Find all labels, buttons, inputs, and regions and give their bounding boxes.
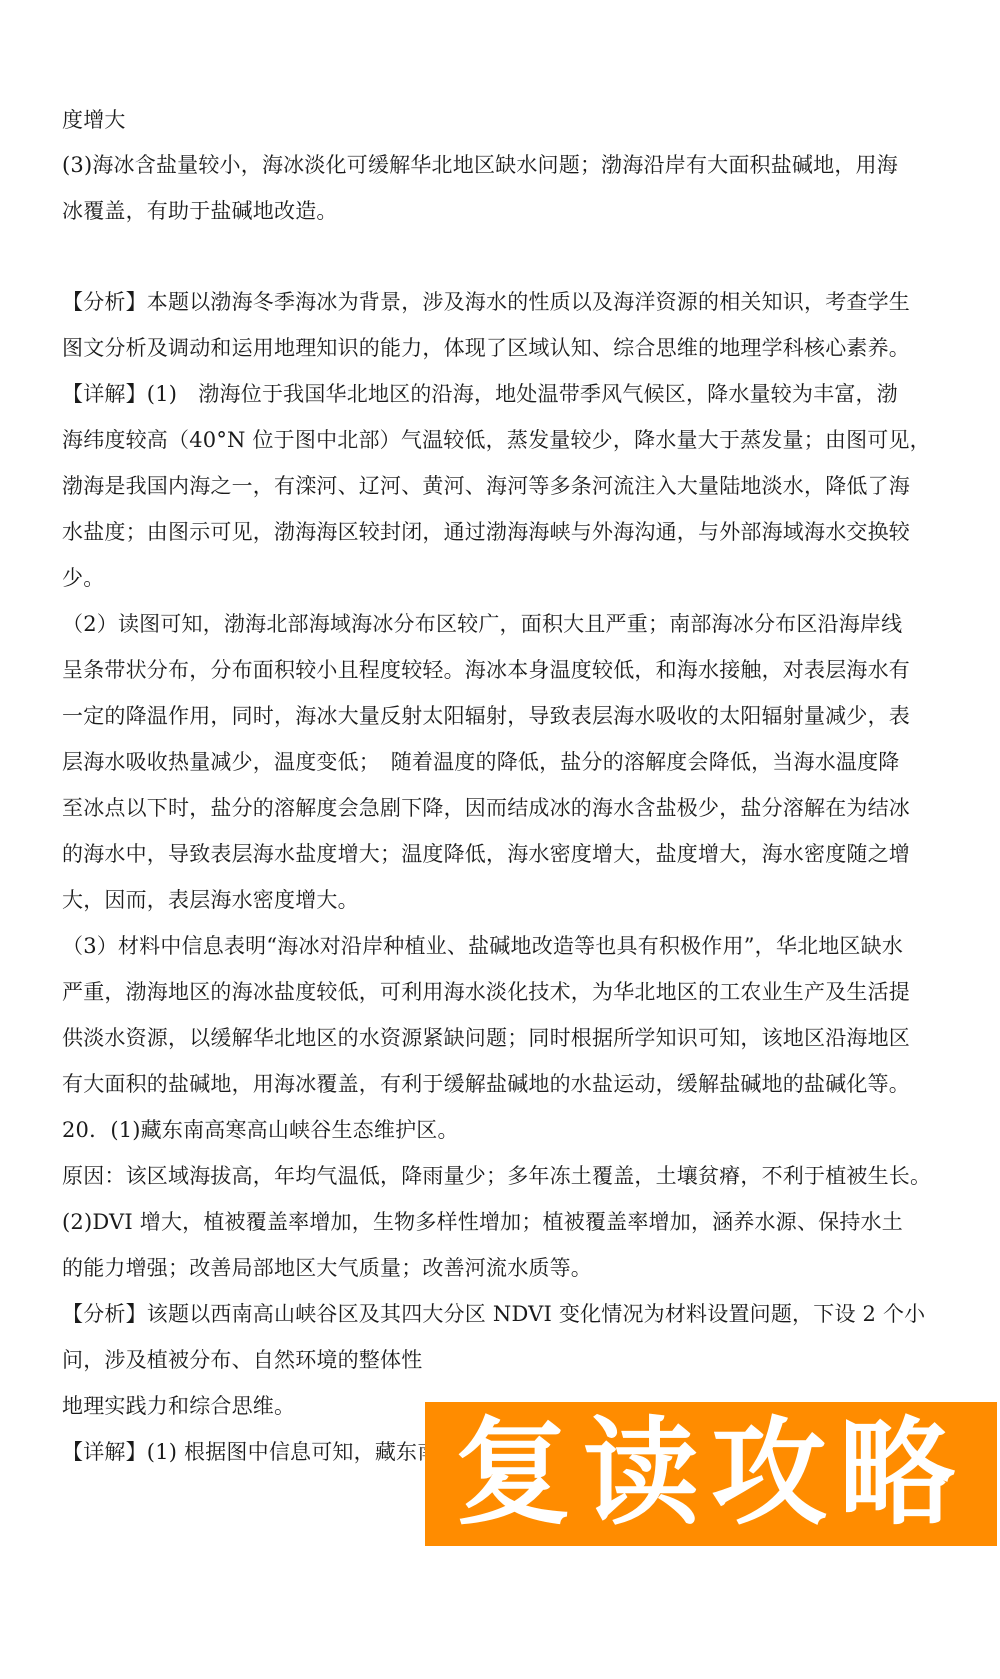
watermark-banner: 复读攻略: [425, 1402, 997, 1546]
text-line: 原因：该区域海拔高，年均气温低，降雨量少；多年冻土覆盖，土壤贫瘠，不利于植被生长…: [62, 1162, 942, 1190]
text-line: 的能力增强；改善局部地区大气质量；改善河流水质等。: [62, 1254, 942, 1282]
detail-heading-line: 【详解】(1) 渤海位于我国华北地区的沿海，地处温带季风气候区，降水量较为丰富，…: [62, 380, 942, 408]
text-line: （2）读图可知，渤海北部海域海冰分布区较广，面积大且严重；南部海冰分布区沿海岸线: [62, 610, 942, 638]
text-line: 一定的降温作用，同时，海冰大量反射太阳辐射，导致表层海水吸收的太阳辐射量减少，表: [62, 702, 942, 730]
watermark-text: 复读攻略: [455, 1416, 967, 1532]
text-line: 图文分析及调动和运用地理知识的能力，体现了区域认知、综合思维的地理学科核心素养。: [62, 334, 942, 362]
text-line: 水盐度；由图示可见，渤海海区较封闭，通过渤海海峡与外海沟通，与外部海域海水交换较: [62, 518, 942, 546]
text-line: 少。: [62, 564, 942, 592]
text-line: 海纬度较高（40°N 位于图中北部）气温较低，蒸发量较少，降水量大于蒸发量；由图…: [62, 426, 942, 454]
analysis-heading-line: 【分析】本题以渤海冬季海冰为背景，涉及海水的性质以及海洋资源的相关知识，考查学生: [62, 288, 942, 316]
text-line: （3）材料中信息表明“海冰对沿岸种植业、盐碱地改造等也具有积极作用”，华北地区缺…: [62, 932, 942, 960]
text-line: 的海水中，导致表层海水盐度增大；温度降低，海水密度增大，盐度增大，海水密度随之增: [62, 840, 942, 868]
text-line: 供淡水资源，以缓解华北地区的水资源紧缺问题；同时根据所学知识可知，该地区沿海地区: [62, 1024, 942, 1052]
text-line: 冰覆盖，有助于盐碱地改造。: [62, 197, 942, 225]
text-line: (3)海冰含盐量较小，海冰淡化可缓解华北地区缺水问题；渤海沿岸有大面积盐碱地，用…: [62, 151, 942, 179]
analysis-heading-line: 【分析】该题以西南高山峡谷区及其四大分区 NDVI 变化情况为材料设置问题，下设…: [62, 1300, 942, 1328]
question-number-line: 20．(1)藏东南高寒高山峡谷生态维护区。: [62, 1116, 942, 1144]
text-line: 渤海是我国内海之一，有滦河、辽河、黄河、海河等多条河流注入大量陆地淡水，降低了海: [62, 472, 942, 500]
text-line: (2)DVI 增大，植被覆盖率增加，生物多样性增加；植被覆盖率增加，涵养水源、保…: [62, 1208, 942, 1236]
text-line: 问，涉及植被分布、自然环境的整体性: [62, 1346, 942, 1374]
text-line: 严重，渤海地区的海冰盐度较低，可利用海水淡化技术，为华北地区的工农业生产及生活提: [62, 978, 942, 1006]
text-line: 至冰点以下时，盐分的溶解度会急剧下降，因而结成冰的海水含盐极少，盐分溶解在为结冰: [62, 794, 942, 822]
text-line: 呈条带状分布，分布面积较小且程度较轻。海冰本身温度较低，和海水接触，对表层海水有: [62, 656, 942, 684]
text-line: 有大面积的盐碱地，用海冰覆盖，有利于缓解盐碱地的水盐运动，缓解盐碱地的盐碱化等。: [62, 1070, 942, 1098]
text-line: 层海水吸收热量减少，温度变低； 随着温度的降低，盐分的溶解度会降低，当海水温度降: [62, 748, 942, 776]
document-page: 度增大 (3)海冰含盐量较小，海冰淡化可缓解华北地区缺水问题；渤海沿岸有大面积盐…: [0, 0, 1000, 1679]
text-line: 大，因而，表层海水密度增大。: [62, 886, 942, 914]
text-line: 度增大: [62, 106, 942, 134]
